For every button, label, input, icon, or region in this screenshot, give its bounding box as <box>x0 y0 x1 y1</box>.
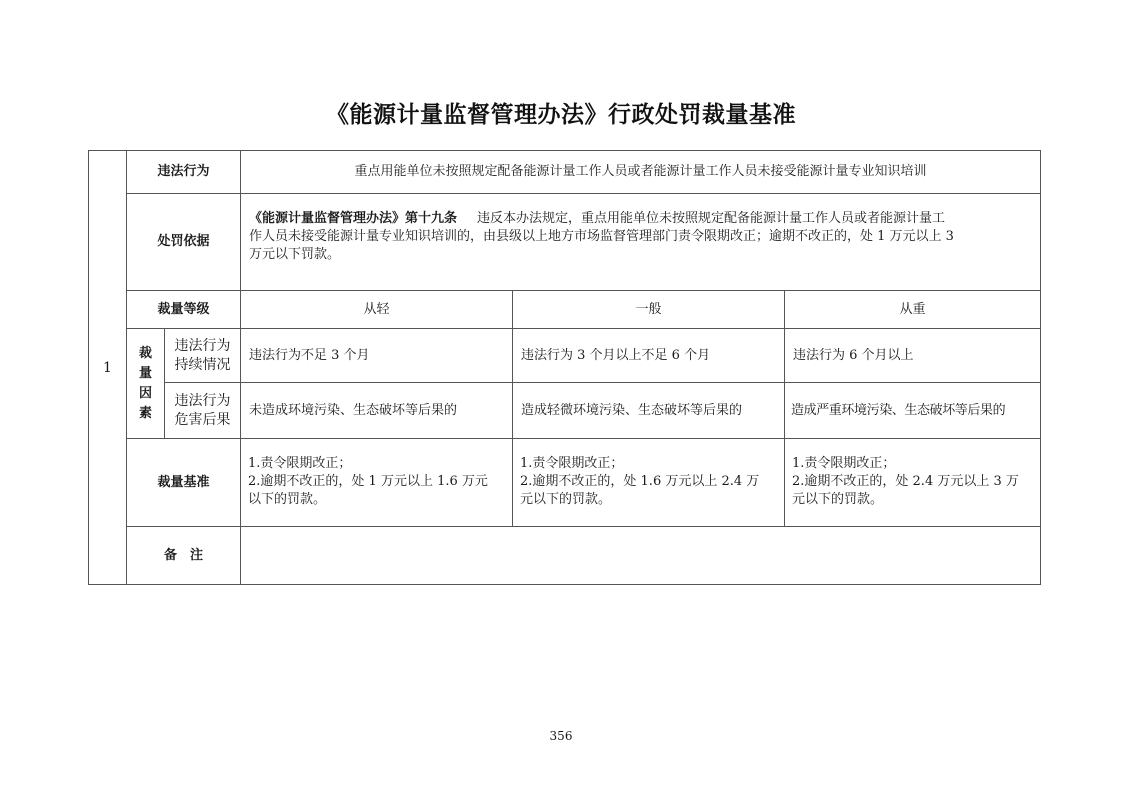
table-border-right <box>1040 150 1041 585</box>
factor-harm-lenient: 未造成环境污染、生态破坏等后果的 <box>241 383 512 438</box>
standard-line: 元以下的罚款。 <box>520 491 784 509</box>
factor-harm-severe: 造成严重环境污染、生态破坏等后果的 <box>785 383 1040 438</box>
factor-label-line: 违法行为 <box>175 337 231 356</box>
remarks-label: 备 注 <box>127 527 240 584</box>
remarks-value <box>241 527 1040 584</box>
standard-line: 1.责令限期改正； <box>792 455 1040 473</box>
standard-line: 1.责令限期改正； <box>248 455 512 473</box>
row-index: 1 <box>89 151 126 584</box>
levels-label: 裁量等级 <box>127 291 240 328</box>
factor-harm-label: 违法行为 危害后果 <box>165 383 240 438</box>
factors-char: 因 <box>139 384 152 404</box>
page-number: 356 <box>0 729 1122 743</box>
level-general: 一般 <box>513 291 784 328</box>
basis-value: 《能源计量监督管理办法》第十九条违反本办法规定，重点用能单位未按照规定配备能源计… <box>241 210 1040 290</box>
factor-duration-severe: 违法行为 6 个月以上 <box>785 329 1040 382</box>
standard-line: 2.逾期不改正的，处 1 万元以上 1.6 万元 <box>248 473 512 491</box>
standard-line: 2.逾期不改正的，处 1.6 万元以上 2.4 万 <box>520 473 784 491</box>
factor-label-line: 危害后果 <box>175 411 231 430</box>
standard-line: 1.责令限期改正； <box>520 455 784 473</box>
standard-general: 1.责令限期改正； 2.逾期不改正的，处 1.6 万元以上 2.4 万 元以下的… <box>513 455 784 525</box>
basis-label: 处罚依据 <box>127 194 240 290</box>
factor-duration-lenient: 违法行为不足 3 个月 <box>241 329 512 382</box>
row-divider <box>126 193 1041 194</box>
basis-text-line3: 万元以下罚款。 <box>249 246 1034 264</box>
standard-lenient: 1.责令限期改正； 2.逾期不改正的，处 1 万元以上 1.6 万元 以下的罚款… <box>241 455 512 525</box>
table-border-bottom <box>88 584 1041 585</box>
factor-harm-general: 造成轻微环境污染、生态破坏等后果的 <box>513 383 784 438</box>
violation-label: 违法行为 <box>127 151 240 193</box>
factor-label-line: 违法行为 <box>175 392 231 411</box>
level-severe: 从重 <box>785 291 1040 328</box>
factors-char: 量 <box>139 364 152 384</box>
factors-char: 素 <box>139 404 152 424</box>
standard-severe: 1.责令限期改正； 2.逾期不改正的，处 2.4 万元以上 3 万 元以下的罚款… <box>785 455 1040 525</box>
factor-duration-label: 违法行为 持续情况 <box>165 329 240 382</box>
basis-text-line2: 作人员未接受能源计量专业知识培训的，由县级以上地方市场监督管理部门责令限期改正；… <box>249 228 1034 246</box>
violation-value: 重点用能单位未按照规定配备能源计量工作人员或者能源计量工作人员未接受能源计量专业… <box>241 151 1040 193</box>
standard-label: 裁量基准 <box>127 439 240 526</box>
basis-text-line1: 违反本办法规定，重点用能单位未按照规定配备能源计量工作人员或者能源计量工 <box>477 211 945 226</box>
factor-duration-general: 违法行为 3 个月以上不足 6 个月 <box>513 329 784 382</box>
basis-article: 《能源计量监督管理办法》第十九条 <box>249 211 457 226</box>
standard-line: 以下的罚款。 <box>248 491 512 509</box>
row-divider <box>126 438 1041 439</box>
document-title: 《能源计量监督管理办法》行政处罚裁量基准 <box>0 96 1122 129</box>
standard-line: 元以下的罚款。 <box>792 491 1040 509</box>
factor-label-line: 持续情况 <box>175 356 231 375</box>
factors-group-label: 裁 量 因 素 <box>127 329 164 438</box>
factors-char: 裁 <box>139 344 152 364</box>
standard-line: 2.逾期不改正的，处 2.4 万元以上 3 万 <box>792 473 1040 491</box>
level-lenient: 从轻 <box>241 291 512 328</box>
